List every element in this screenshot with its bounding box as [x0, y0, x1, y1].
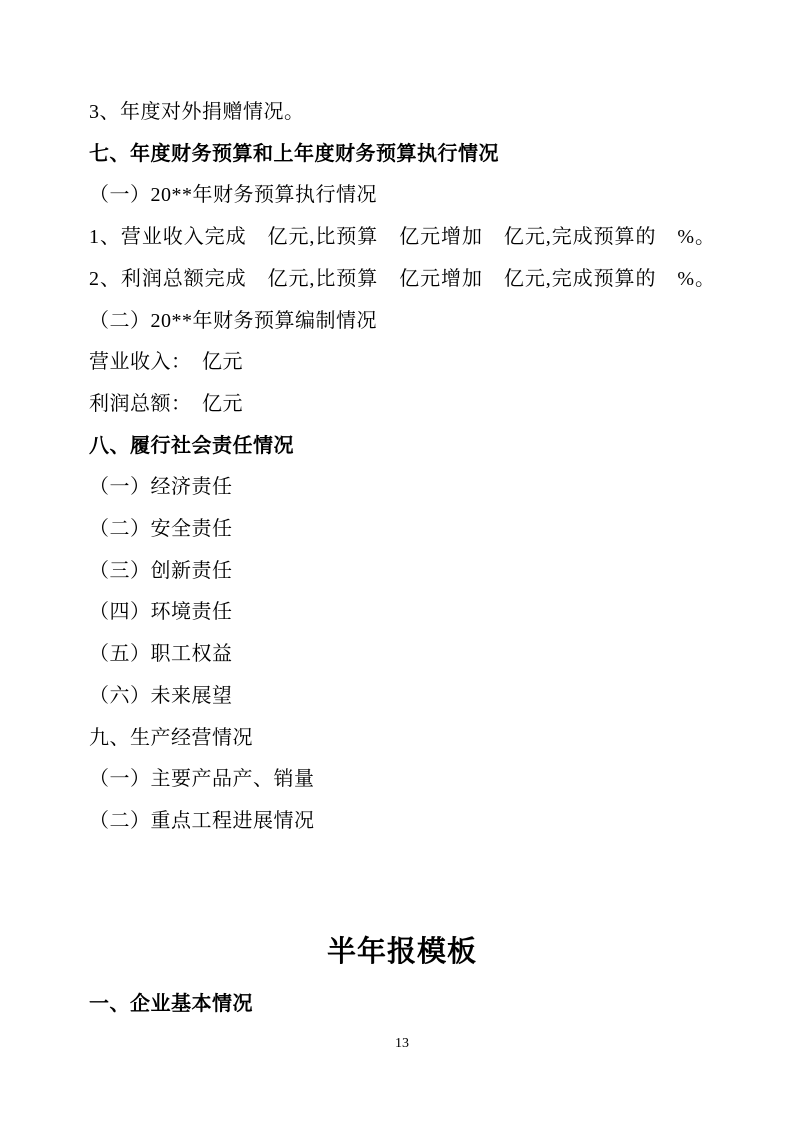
paragraph-key-projects: （二）重点工程进展情况 [89, 801, 715, 843]
paragraph-revenue-blank: 1、营业收入完成 亿元,比预算 亿元增加 亿元,完成预算的 %。 [89, 217, 715, 259]
paragraph-innovation-responsibility: （三）创新责任 [89, 551, 715, 593]
paragraph-profit-blank: 2、利润总额完成 亿元,比预算 亿元增加 亿元,完成预算的 %。 [89, 259, 715, 301]
document-page: 3、年度对外捐赠情况。 七、年度财务预算和上年度财务预算执行情况 （一）20**… [0, 0, 794, 1123]
paragraph-profit-line: 利润总额： 亿元 [89, 384, 715, 426]
paragraph-employee-rights: （五）职工权益 [89, 634, 715, 676]
report-title: 半年报模板 [89, 930, 715, 974]
paragraph-product-sales: （一）主要产品产、销量 [89, 759, 715, 801]
paragraph-safety-responsibility: （二）安全责任 [89, 509, 715, 551]
paragraph-economic-responsibility: （一）经济责任 [89, 467, 715, 509]
paragraph-future-outlook: （六）未来展望 [89, 676, 715, 718]
section-heading-production: 九、生产经营情况 [89, 718, 715, 760]
paragraph-donation: 3、年度对外捐赠情况。 [89, 92, 715, 134]
paragraph-environment-responsibility: （四）环境责任 [89, 592, 715, 634]
section-heading-social-responsibility: 八、履行社会责任情况 [89, 426, 715, 468]
section-heading-budget: 七、年度财务预算和上年度财务预算执行情况 [89, 134, 715, 176]
paragraph-budget-plan: （二）20**年财务预算编制情况 [89, 301, 715, 343]
document-body: 3、年度对外捐赠情况。 七、年度财务预算和上年度财务预算执行情况 （一）20**… [89, 92, 715, 1025]
section-heading-company-basics: 一、企业基本情况 [89, 984, 715, 1026]
page-number: 13 [89, 1034, 715, 1054]
paragraph-budget-execution: （一）20**年财务预算执行情况 [89, 175, 715, 217]
paragraph-revenue-line: 营业收入： 亿元 [89, 342, 715, 384]
